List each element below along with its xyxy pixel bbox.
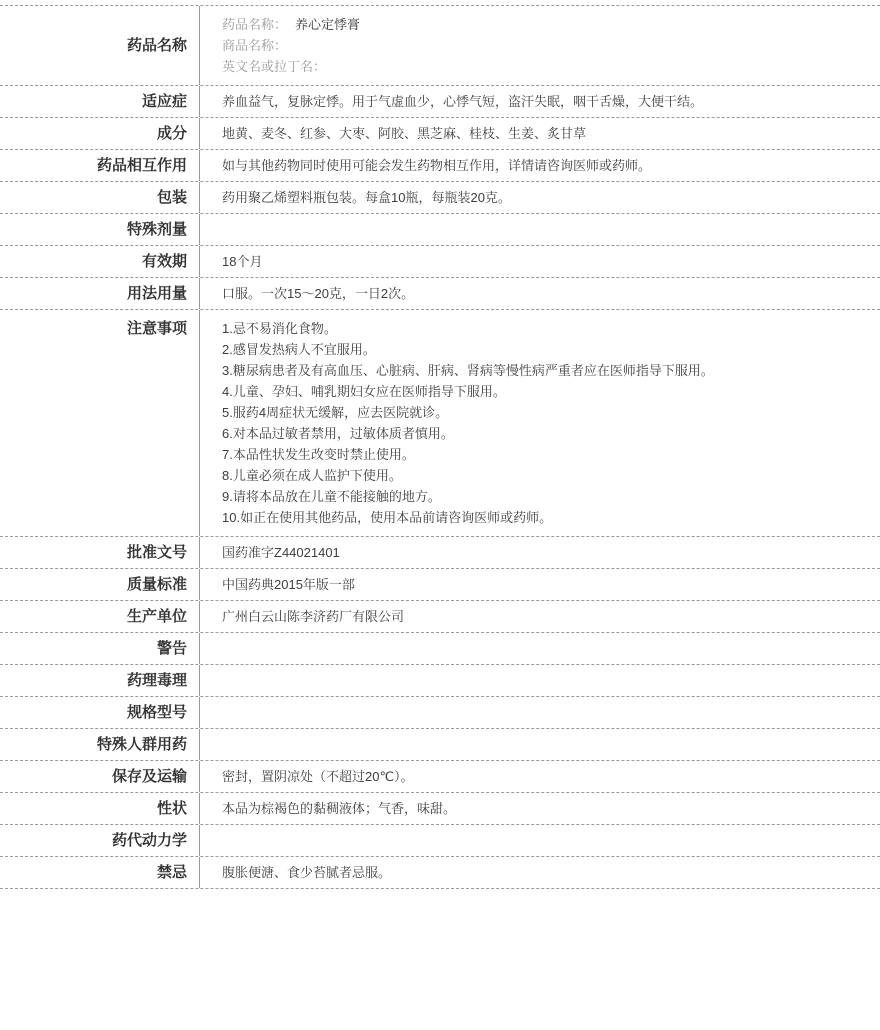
note-line: 1.忌不易消化食物。 [222,318,868,339]
note-line: 8.儿童必须在成人监护下使用。 [222,465,868,486]
table-row: 禁忌 腹胀便溏、食少苔腻者忌服。 [0,857,880,889]
table-row: 质量标准 中国药典2015年版一部 [0,569,880,601]
table-row: 有效期 18个月 [0,246,880,278]
row-label: 保存及运输 [0,761,200,792]
row-value: 中国药典2015年版一部 [200,569,880,600]
drug-info-table: 药品名称 药品名称：养心定悸膏商品名称：英文名或拉丁名： 适应症 养血益气，复脉… [0,5,880,889]
name-line: 英文名或拉丁名： [222,56,868,77]
table-row: 批准文号 国药准字Z44021401 [0,537,880,569]
row-value [200,665,880,696]
row-value: 腹胀便溏、食少苔腻者忌服。 [200,857,880,888]
row-value: 药品名称：养心定悸膏商品名称：英文名或拉丁名： [200,6,880,85]
table-row: 药理毒理 [0,665,880,697]
row-label: 质量标准 [0,569,200,600]
row-value: 1.忌不易消化食物。2.感冒发热病人不宜服用。3.糖尿病患者及有高血压、心脏病、… [200,310,880,536]
note-line: 10.如正在使用其他药品，使用本品前请咨询医师或药师。 [222,507,868,528]
row-label: 用法用量 [0,278,200,309]
row-value: 口服。一次15～20克，一日2次。 [200,278,880,309]
row-label: 注意事项 [0,310,200,536]
row-value [200,214,880,245]
row-value: 如与其他药物同时使用可能会发生药物相互作用，详情请咨询医师或药师。 [200,150,880,181]
row-label: 包装 [0,182,200,213]
table-row: 用法用量 口服。一次15～20克，一日2次。 [0,278,880,310]
table-row: 注意事项 1.忌不易消化食物。2.感冒发热病人不宜服用。3.糖尿病患者及有高血压… [0,310,880,537]
row-label: 警告 [0,633,200,664]
row-label: 药理毒理 [0,665,200,696]
row-value: 18个月 [200,246,880,277]
row-value [200,697,880,728]
row-value: 国药准字Z44021401 [200,537,880,568]
row-label: 适应症 [0,86,200,117]
row-label: 禁忌 [0,857,200,888]
table-row: 性状 本品为棕褐色的黏稠液体；气香，味甜。 [0,793,880,825]
note-line: 5.服药4周症状无缓解，应去医院就诊。 [222,402,868,423]
note-line: 9.请将本品放在儿童不能接触的地方。 [222,486,868,507]
field-prefix-label: 药品名称： [222,17,287,32]
table-row: 药品相互作用 如与其他药物同时使用可能会发生药物相互作用，详情请咨询医师或药师。 [0,150,880,182]
row-value [200,825,880,856]
table-row: 警告 [0,633,880,665]
table-row: 特殊剂量 [0,214,880,246]
row-value: 密封，置阴凉处（不超过20℃）。 [200,761,880,792]
row-value: 地黄、麦冬、红参、大枣、阿胶、黑芝麻、桂枝、生姜、炙甘草 [200,118,880,149]
row-label: 特殊人群用药 [0,729,200,760]
table-row: 生产单位 广州白云山陈李济药厂有限公司 [0,601,880,633]
row-label: 药品相互作用 [0,150,200,181]
row-label: 规格型号 [0,697,200,728]
field-prefix-label: 英文名或拉丁名： [222,59,326,74]
row-value: 药用聚乙烯塑料瓶包装。每盒10瓶，每瓶装20克。 [200,182,880,213]
row-value [200,633,880,664]
field-value: 养心定悸膏 [295,17,360,32]
table-row: 药代动力学 [0,825,880,857]
table-row: 成分 地黄、麦冬、红参、大枣、阿胶、黑芝麻、桂枝、生姜、炙甘草 [0,118,880,150]
row-value: 本品为棕褐色的黏稠液体；气香，味甜。 [200,793,880,824]
row-value: 广州白云山陈李济药厂有限公司 [200,601,880,632]
note-line: 6.对本品过敏者禁用，过敏体质者慎用。 [222,423,868,444]
row-label: 性状 [0,793,200,824]
name-line: 药品名称：养心定悸膏 [222,14,868,35]
note-line: 7.本品性状发生改变时禁止使用。 [222,444,868,465]
table-row: 包装 药用聚乙烯塑料瓶包装。每盒10瓶，每瓶装20克。 [0,182,880,214]
row-value [200,729,880,760]
note-line: 3.糖尿病患者及有高血压、心脏病、肝病、肾病等慢性病严重者应在医师指导下服用。 [222,360,868,381]
row-label: 成分 [0,118,200,149]
table-row: 适应症 养血益气，复脉定悸。用于气虚血少，心悸气短，盗汗失眠，咽干舌燥，大便干结… [0,86,880,118]
row-label: 药品名称 [0,6,200,85]
name-line: 商品名称： [222,35,868,56]
field-prefix-label: 商品名称： [222,38,287,53]
row-label: 批准文号 [0,537,200,568]
table-row: 药品名称 药品名称：养心定悸膏商品名称：英文名或拉丁名： [0,6,880,86]
table-row: 规格型号 [0,697,880,729]
table-row: 特殊人群用药 [0,729,880,761]
row-label: 有效期 [0,246,200,277]
row-label: 特殊剂量 [0,214,200,245]
note-line: 2.感冒发热病人不宜服用。 [222,339,868,360]
row-label: 药代动力学 [0,825,200,856]
row-value: 养血益气，复脉定悸。用于气虚血少，心悸气短，盗汗失眠，咽干舌燥，大便干结。 [200,86,880,117]
table-row: 保存及运输 密封，置阴凉处（不超过20℃）。 [0,761,880,793]
row-label: 生产单位 [0,601,200,632]
note-line: 4.儿童、孕妇、哺乳期妇女应在医师指导下服用。 [222,381,868,402]
